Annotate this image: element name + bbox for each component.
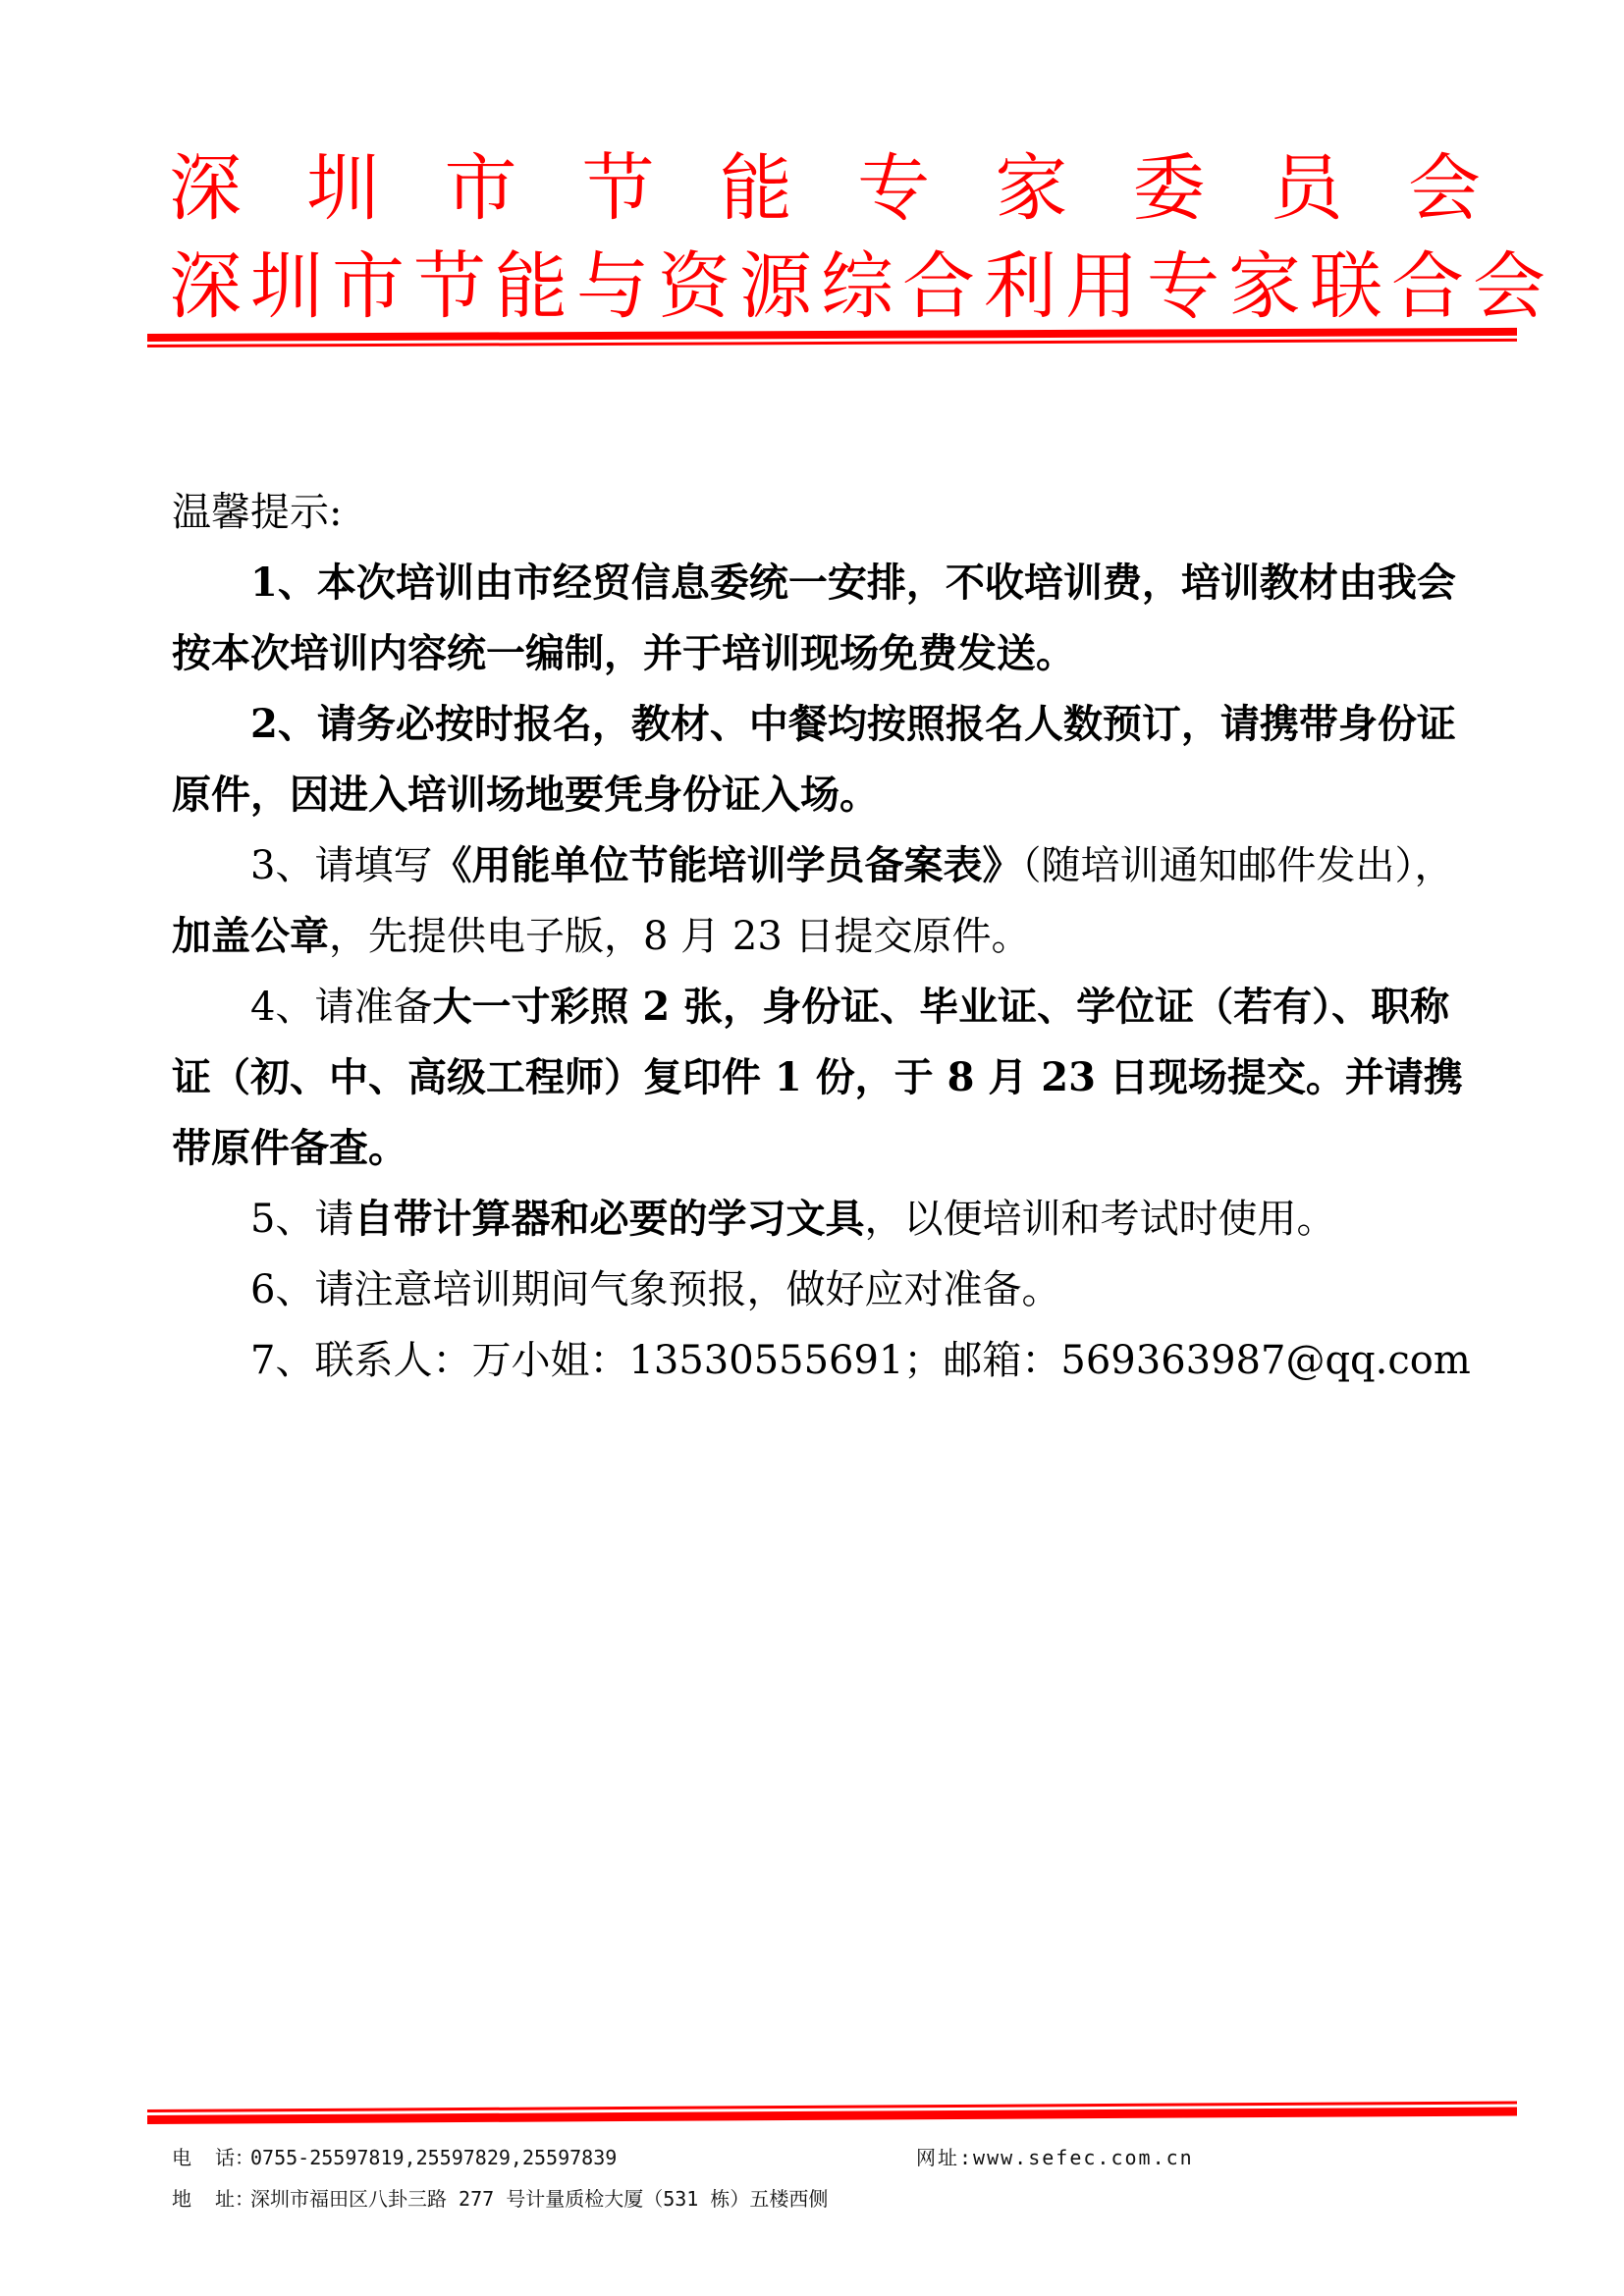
header-char: 会 xyxy=(1408,147,1481,230)
item-number: 3、 xyxy=(250,843,314,888)
header-char: 节 xyxy=(582,147,655,230)
header-char: 深 xyxy=(169,147,242,230)
notice-item-3: 3、请填写《用能单位节能培训学员备案表》（随培训通知邮件发出），加盖公章，先提供… xyxy=(172,830,1483,972)
notice-item-2: 2、请务必按时报名，教材、中餐均按照报名人数预订，请携带身份证原件，因进入培训场… xyxy=(172,689,1483,830)
header-divider xyxy=(147,326,1517,351)
item-text: 请务必按时报名，教材、中餐均按照报名人数预订，请携带身份证原件，因进入培训场地要… xyxy=(172,701,1456,818)
item-text: ，先提供电子版，8 月 23 日提交原件。 xyxy=(329,914,1031,959)
contact-phone[interactable]: 13530555691 xyxy=(628,1338,903,1383)
address-label: 地址： xyxy=(172,2187,250,2211)
notice-body: 温馨提示: 1、本次培训由市经贸信息委统一安排，不收培训费，培训教材由我会按本次… xyxy=(172,477,1483,1396)
footer-address-line: 地址：深圳市福田区八卦三路 277 号计量质检大厦（531 栋）五楼西侧 xyxy=(172,2187,1497,2211)
separator: ； xyxy=(903,1338,943,1383)
item-text: 请填写 xyxy=(314,843,432,888)
form-name: 《用能单位节能培训学员备案表》 xyxy=(432,842,1021,888)
header-char: 能 xyxy=(720,147,792,230)
org-name-committee: 深 圳 市 节 能 专 家 委 员 会 xyxy=(169,147,1481,230)
phone-label-char: 电 xyxy=(172,2146,215,2169)
item-number: 4、 xyxy=(250,985,314,1030)
item-text: ，以便培训和考试时使用。 xyxy=(864,1197,1335,1242)
phone-label: 电话： xyxy=(172,2146,250,2169)
item-emphasis: 加盖公章 xyxy=(172,913,329,959)
notice-item-6: 6、请注意培训期间气象预报，做好应对准备。 xyxy=(172,1255,1483,1325)
notice-item-7-contact: 7、联系人：万小姐：13530555691；邮箱：569363987@qq.co… xyxy=(172,1325,1483,1396)
address-label-char: 地 xyxy=(172,2187,215,2211)
item-text: 请 xyxy=(314,1197,353,1242)
item-text: 请准备 xyxy=(314,985,432,1030)
header-char: 专 xyxy=(857,147,930,230)
notice-title: 温馨提示: xyxy=(172,477,1483,548)
item-number: 1、 xyxy=(250,560,317,606)
item-number: 6、 xyxy=(250,1267,314,1312)
header-char: 圳 xyxy=(306,147,379,230)
notice-item-4: 4、请准备大一寸彩照 2 张，身份证、毕业证、学位证（若有）、职称证（初、中、高… xyxy=(172,972,1483,1184)
notice-item-1: 1、本次培训由市经贸信息委统一安排，不收培训费，培训教材由我会按本次培训内容统一… xyxy=(172,548,1483,689)
address-value: 深圳市福田区八卦三路 277 号计量质检大厦（531 栋）五楼西侧 xyxy=(250,2187,828,2211)
phone-numbers[interactable]: 0755-25597819,25597829,25597839 xyxy=(250,2146,617,2169)
item-text: 请注意培训期间气象预报，做好应对准备。 xyxy=(314,1267,1060,1312)
website-link[interactable]: 网址:www.sefec.com.cn xyxy=(916,2146,1194,2169)
notice-item-5: 5、请自带计算器和必要的学习文具，以便培训和考试时使用。 xyxy=(172,1184,1483,1255)
footer-divider xyxy=(147,2098,1517,2128)
item-text: （随培训通知邮件发出）， xyxy=(1021,843,1453,888)
header-char: 员 xyxy=(1271,147,1343,230)
contact-email[interactable]: 569363987@qq.com xyxy=(1060,1338,1470,1383)
item-number: 2、 xyxy=(250,701,317,747)
header-char: 市 xyxy=(444,147,516,230)
header-char: 家 xyxy=(995,147,1067,230)
header-char: 委 xyxy=(1133,147,1206,230)
item-text: 本次培训由市经贸信息委统一安排，不收培训费，培训教材由我会按本次培训内容统一编制… xyxy=(172,560,1456,676)
item-number: 7、 xyxy=(250,1338,314,1383)
contact-label: 联系人：万小姐： xyxy=(314,1338,628,1383)
item-emphasis: 自带计算器和必要的学习文具 xyxy=(353,1196,864,1242)
org-name-association: 深圳市节能与资源综合利用专家联合会 xyxy=(169,245,1481,328)
footer-phone-line: 电话：0755-25597819,25597829,25597839 网址:ww… xyxy=(172,2146,1497,2169)
email-label: 邮箱： xyxy=(943,1338,1060,1383)
item-number: 5、 xyxy=(250,1197,314,1242)
